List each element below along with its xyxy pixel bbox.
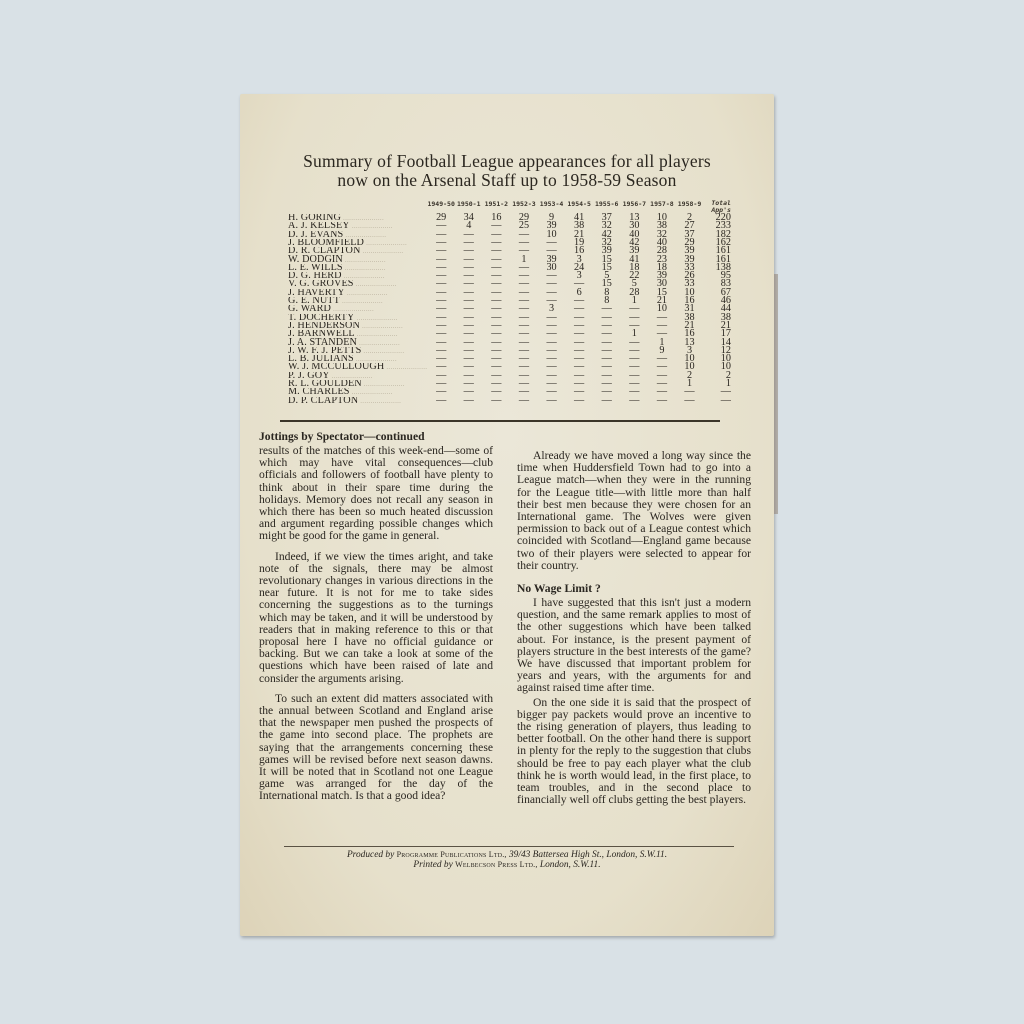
title-line-2: now on the Arsenal Staff up to 1958-59 S…	[240, 171, 774, 190]
appearances-table: 1949-501950-11951-21952-31953-41954-5195…	[288, 200, 731, 405]
appearances-cell: —	[427, 397, 455, 405]
leader-dots: ....................	[362, 380, 405, 388]
player-name-cell: H. Goring ....................	[288, 214, 427, 222]
player-name: D. G. Herd	[288, 272, 342, 280]
player-name-cell: L. E. Wills ....................	[288, 264, 427, 272]
leader-dots: ....................	[355, 330, 398, 338]
player-name-cell: A. J. Kelsey ....................	[288, 222, 427, 230]
right-column: Already we have moved a long way since t…	[517, 450, 751, 806]
player-name: D. P. Clapton	[288, 397, 358, 405]
leader-dots: ....................	[384, 363, 427, 371]
player-name-cell: D. G. Herd ....................	[288, 272, 427, 280]
leader-dots: ....................	[361, 347, 404, 355]
player-name: J. Henderson	[288, 322, 360, 330]
table-body: H. Goring ....................2934162994…	[288, 214, 731, 405]
player-name-cell: J. W. F. J. Petts ....................	[288, 347, 427, 355]
leader-dots: ....................	[360, 247, 403, 255]
table-row: D. P. Clapton ....................——————…	[288, 397, 731, 405]
right-paragraph-3: On the one side it is said that the pros…	[517, 697, 751, 807]
player-name-cell: P. J. Goy ....................	[288, 372, 427, 380]
page-edge-shadow	[774, 274, 778, 514]
imprint-footer: Produced by Programme Publications Ltd.,…	[240, 850, 774, 870]
table-row: J. Barnwell ....................———————1…	[288, 330, 731, 338]
right-paragraph-1: Already we have moved a long way since t…	[517, 450, 751, 572]
appearances-cell: —	[538, 397, 566, 405]
leader-dots: ....................	[354, 355, 397, 363]
leader-dots: ....................	[340, 297, 383, 305]
player-name-cell: L. B. Julians ....................	[288, 355, 427, 363]
appearances-cell: —	[648, 397, 676, 405]
player-name: T. Docherty	[288, 314, 355, 322]
programme-page: Summary of Football League appearances f…	[240, 94, 774, 936]
leader-dots: ....................	[341, 214, 384, 222]
player-name: L. B. Julians	[288, 355, 354, 363]
article-heading: Jottings by Spectator—continued	[259, 430, 493, 443]
player-name: W. Dodgin	[288, 255, 343, 263]
player-name-cell: D. R. Clapton ....................	[288, 247, 427, 255]
left-column: Jottings by Spectator—continued results …	[259, 430, 493, 803]
left-paragraph-1: results of the matches of this week-end—…	[259, 445, 493, 543]
player-name-cell: J. Barnwell ....................	[288, 330, 427, 338]
player-name: A. J. Kelsey	[288, 222, 350, 230]
printer-address: London, S.W.11.	[540, 860, 601, 870]
title-line-1: Summary of Football League appearances f…	[240, 152, 774, 171]
player-name-cell: W. Dodgin ....................	[288, 255, 427, 263]
printer-name: Welbecson Press Ltd.,	[455, 860, 537, 869]
player-name: J. W. F. J. Petts	[288, 347, 361, 355]
player-name: R. L. Goulden	[288, 380, 362, 388]
leader-dots: ....................	[355, 314, 398, 322]
leader-dots: ....................	[331, 305, 374, 313]
leader-dots: ....................	[343, 264, 386, 272]
section-divider	[280, 420, 720, 422]
leader-dots: ....................	[345, 289, 388, 297]
player-name: D. J. Evans	[288, 231, 343, 239]
printed-by-label: Printed by	[413, 860, 452, 870]
table-row: J. A. Standen ....................——————…	[288, 338, 731, 346]
leader-dots: ....................	[330, 372, 373, 380]
left-paragraph-2: Indeed, if we view the times aright, and…	[259, 551, 493, 685]
player-name: H. Goring	[288, 214, 341, 222]
leader-dots: ....................	[342, 272, 385, 280]
player-name: L. E. Wills	[288, 264, 343, 272]
leader-dots: ....................	[350, 222, 393, 230]
player-name-cell: G. Ward ....................	[288, 305, 427, 313]
imprint-line-2: Printed by Welbecson Press Ltd., London,…	[240, 860, 774, 870]
page-title: Summary of Football League appearances f…	[240, 152, 774, 190]
player-name: G. E. Nutt	[288, 297, 340, 305]
player-name: G. Ward	[288, 305, 331, 313]
player-name: V. G. Groves	[288, 280, 354, 288]
player-name-cell: T. Docherty ....................	[288, 314, 427, 322]
player-name-cell: W. J. McCullough ....................	[288, 363, 427, 371]
player-name-cell: V. G. Groves ....................	[288, 280, 427, 288]
player-name-cell: J. Haverty ....................	[288, 289, 427, 297]
player-name: J. Bloomfield	[288, 239, 364, 247]
leader-dots: ....................	[343, 256, 386, 264]
appearances-table-container: 1949-501950-11951-21952-31953-41954-5195…	[288, 200, 774, 405]
player-name: J. Haverty	[288, 289, 345, 297]
player-name: D. R. Clapton	[288, 247, 360, 255]
appearances-cell: —	[510, 397, 538, 405]
leader-dots: ....................	[357, 339, 400, 347]
publisher-address: 39/43 Battersea High St., London, S.W.11…	[509, 850, 667, 860]
leader-dots: ....................	[350, 388, 393, 396]
player-name-cell: D. P. Clapton ....................	[288, 397, 427, 405]
footer-divider	[284, 846, 734, 847]
player-name-cell: J. A. Standen ....................	[288, 338, 427, 346]
player-name: P. J. Goy	[288, 372, 330, 380]
leader-dots: ....................	[364, 239, 407, 247]
player-name: J. A. Standen	[288, 338, 357, 346]
appearances-cell: —	[565, 397, 593, 405]
appearances-cell: —	[593, 397, 621, 405]
player-name-cell: D. J. Evans ....................	[288, 231, 427, 239]
leader-dots: ....................	[360, 322, 403, 330]
player-name-cell: J. Bloomfield ....................	[288, 239, 427, 247]
leader-dots: ....................	[358, 397, 401, 405]
leader-dots: ....................	[354, 280, 397, 288]
appearances-cell: —	[621, 397, 649, 405]
appearances-cell: —	[455, 397, 483, 405]
player-name: J. Barnwell	[288, 330, 355, 338]
player-header	[288, 200, 427, 214]
left-paragraph-3: To such an extent did matters associated…	[259, 693, 493, 803]
produced-by-label: Produced by	[347, 850, 394, 860]
imprint-line-1: Produced by Programme Publications Ltd.,…	[240, 850, 774, 860]
right-paragraph-2: I have suggested that this isn't just a …	[517, 597, 751, 695]
subheading-no-wage-limit: No Wage Limit ?	[517, 582, 751, 595]
player-name-cell: M. Charles ....................	[288, 388, 427, 396]
appearances-cell: —	[483, 397, 511, 405]
leader-dots: ....................	[343, 231, 386, 239]
publisher-name: Programme Publications Ltd.,	[397, 850, 507, 859]
player-name-cell: J. Henderson ....................	[288, 322, 427, 330]
player-name-cell: R. L. Goulden ....................	[288, 380, 427, 388]
player-name: M. Charles	[288, 388, 350, 396]
player-name: W. J. McCullough	[288, 363, 384, 371]
appearances-cell: —	[676, 397, 704, 405]
appearances-cell: —	[703, 397, 731, 405]
player-name-cell: G. E. Nutt ....................	[288, 297, 427, 305]
